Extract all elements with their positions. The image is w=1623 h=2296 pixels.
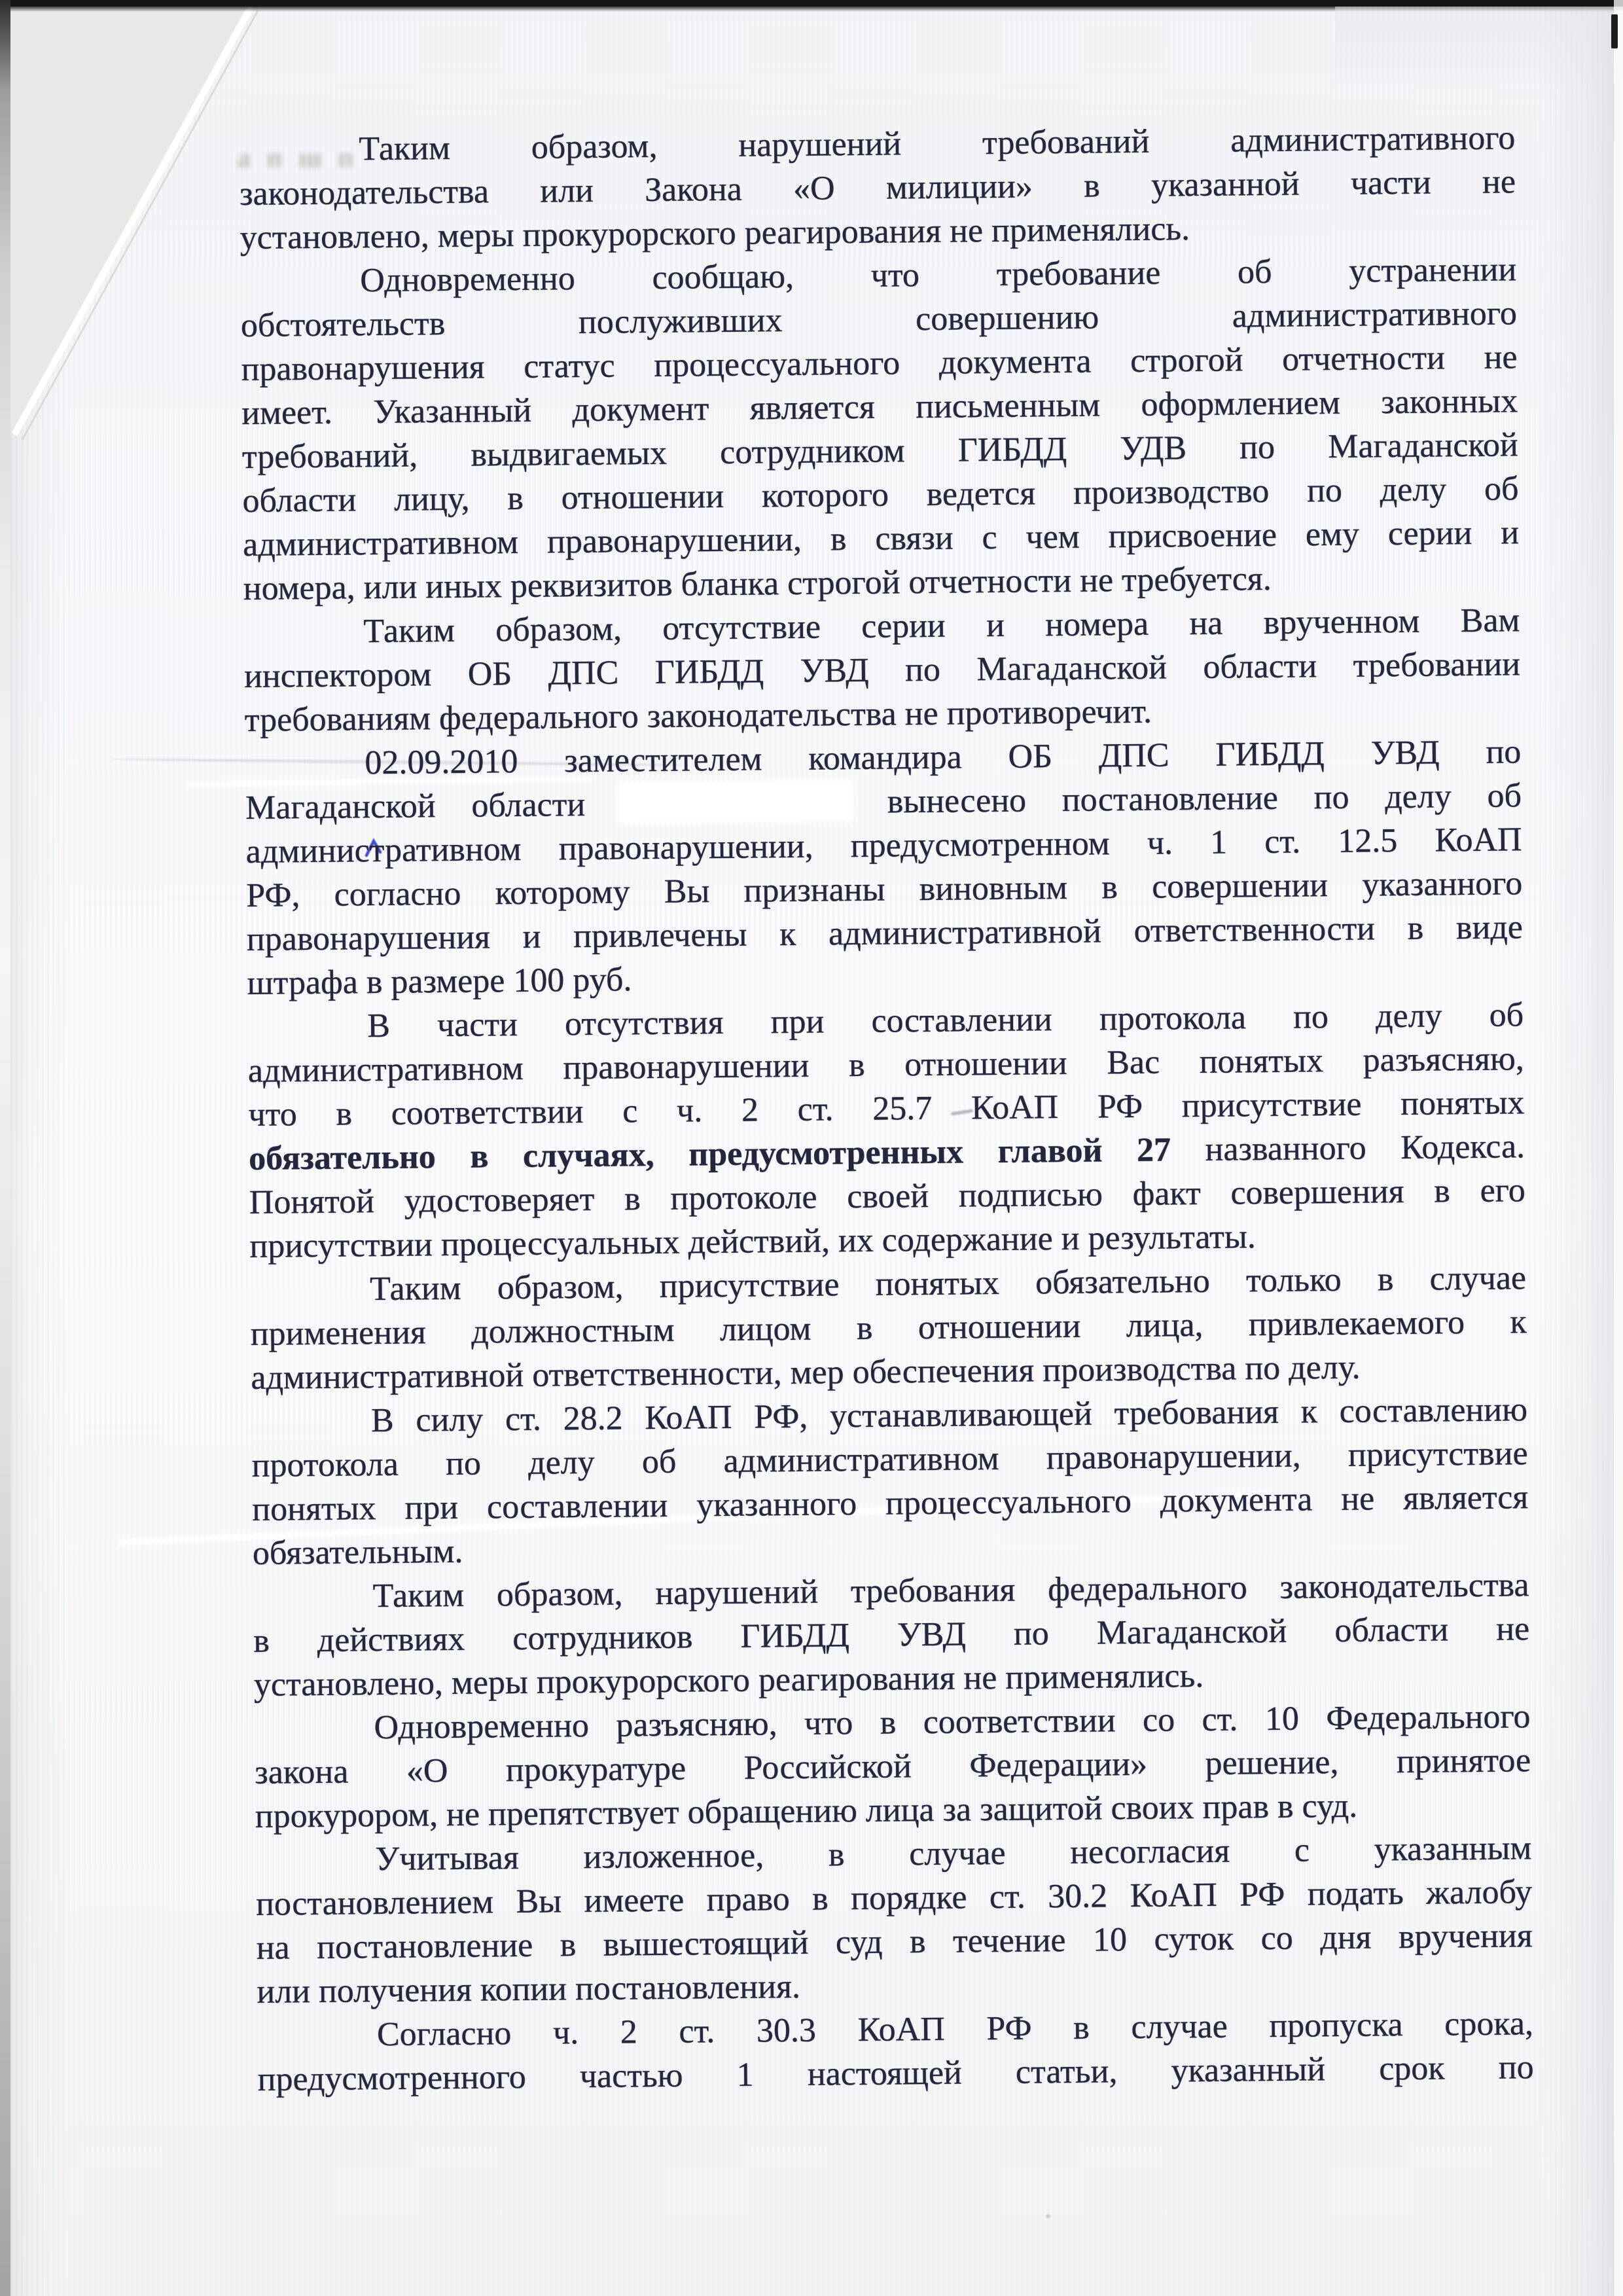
scan-dust-speck (1046, 2214, 1050, 2218)
scan-edge-top-strip (0, 0, 1623, 7)
document-text-block: Таким образом, нарушений требований адми… (239, 116, 1534, 2102)
scan-edge-black-tick (1611, 14, 1618, 48)
scan-edge-right-sliver (1614, 0, 1623, 2296)
scan-top-right-shading (1335, 7, 1623, 92)
scanned-page: а п ш п Таким образом, нарушений требова… (0, 0, 1623, 2296)
redaction-box (621, 781, 852, 821)
scan-edge-left-strip (0, 0, 10, 2296)
